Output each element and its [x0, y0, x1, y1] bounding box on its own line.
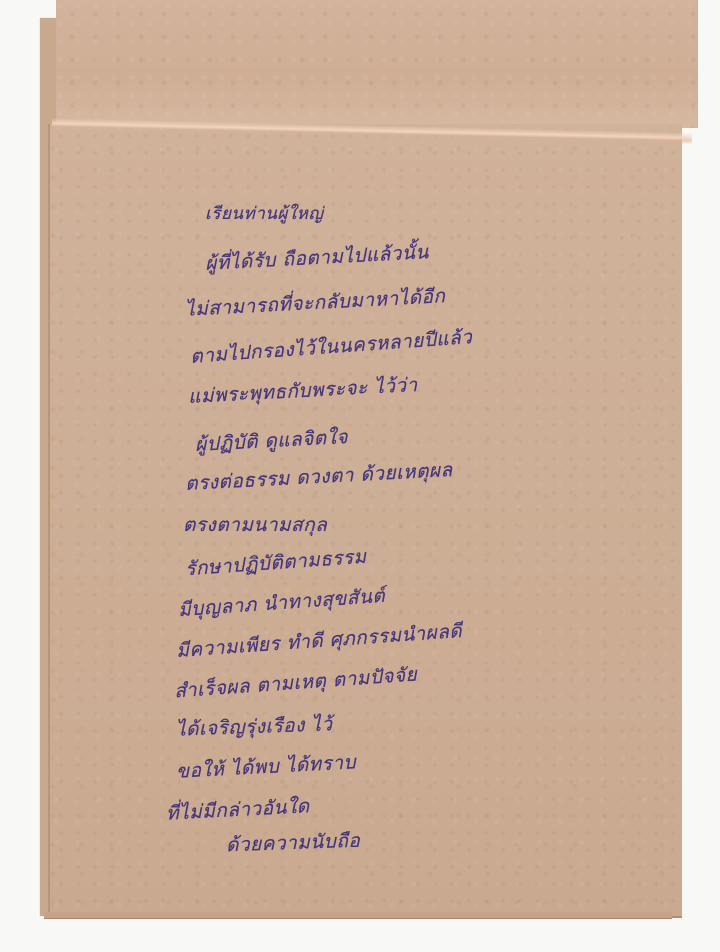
- letter-line: ตรงตามนามสกุล: [183, 510, 327, 540]
- letter-line: ไม่สามารถที่จะกลับมาหาได้อีก: [184, 281, 446, 325]
- letter-greeting: เรียนท่านผู้ใหญ่: [205, 200, 323, 227]
- handwritten-text: เรียนท่านผู้ใหญ่ ผู้ที่ได้รับ ถือตามไปแล…: [0, 0, 720, 952]
- letter-line: ตรงต่อธรรม ดวงตา ด้วยเหตุผล: [184, 455, 453, 499]
- scanned-letter: เรียนท่านผู้ใหญ่ ผู้ที่ได้รับ ถือตามไปแล…: [0, 0, 720, 952]
- letter-line: ขอให้ ได้พบ ได้ทราบ: [175, 747, 356, 786]
- letter-line: ตามไปกรองไว้ในนครหลายปีแล้ว: [189, 322, 473, 372]
- letter-line: ได้เจริญรุ่งเรือง ไว้: [176, 709, 334, 744]
- letter-line: ผู้ที่ได้รับ ถือตามไปแล้วนั้น: [204, 237, 429, 279]
- letter-signature: ด้วยความนับถือ: [226, 826, 361, 861]
- letter-line: ที่ไม่มีกล่าวอันใด: [165, 791, 310, 828]
- letter-line: แม่พระพุทธกับพระจะ ไว้ว่า: [187, 370, 418, 412]
- letter-line: สำเร็จผล ตามเหตุ ตามปัจจัย: [173, 660, 418, 707]
- letter-line: มีบุญลาภ นำทางสุขสันต์: [177, 581, 386, 625]
- letter-line: รักษาปฏิบัติตามธรรม: [184, 542, 367, 585]
- letter-line: ผู้ปฏิบัติ ดูแลจิตใจ: [194, 422, 348, 460]
- letter-line: มีความเพียร ทำดี ศุภกรรมนำผลดี: [175, 616, 463, 666]
